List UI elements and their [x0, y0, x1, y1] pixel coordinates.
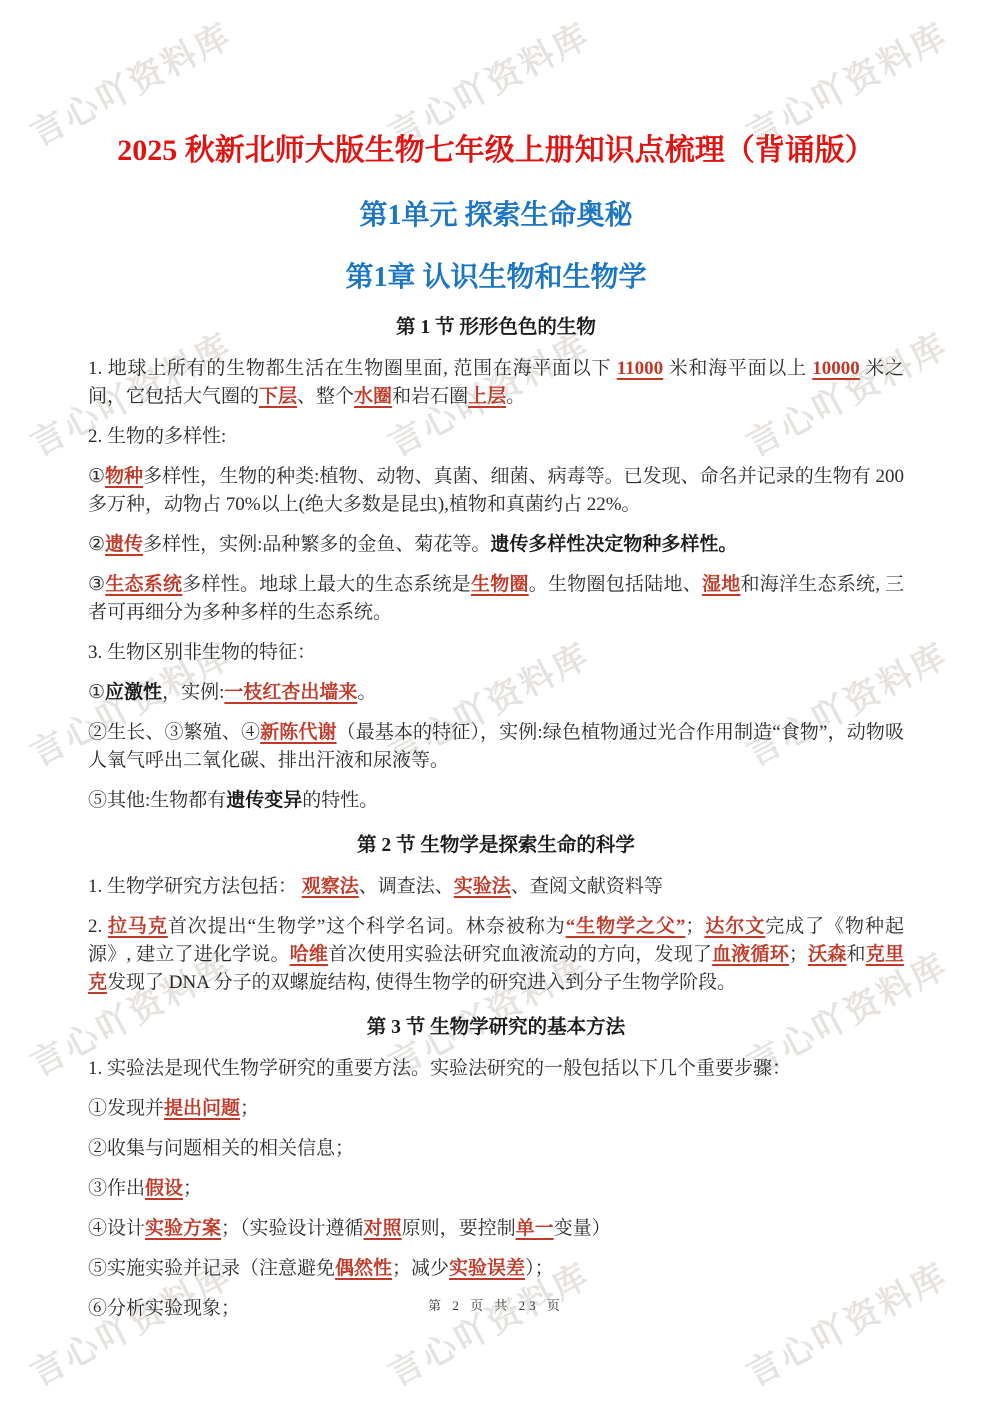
text-run: 。 [357, 682, 376, 703]
text-run: 3. 生物区别非生物的特征： [88, 642, 316, 663]
text-run: ① [88, 682, 105, 703]
paragraph: ④设计实验方案；（实验设计遵循对照原则，要控制单一变量） [88, 1215, 904, 1243]
key-term: 一枝红杏出墙来 [224, 682, 357, 703]
text-run: 1. 实验法是现代生物学研究的重要方法。实验法研究的一般包括以下几个重要步骤： [88, 1058, 791, 1079]
text-run: 变量） [554, 1218, 611, 1239]
text-run: 1. 地球上所有的生物都生活在生物圈里面, 范围在海平面以下 [88, 358, 617, 379]
text-run: 、整个 [297, 386, 354, 407]
paragraph: ③作出假设； [88, 1175, 904, 1203]
text-run: ② [88, 534, 105, 555]
unit-heading: 第1单元 探索生命奥秘 [88, 199, 904, 233]
paragraph: ①物种多样性，生物的种类:植物、动物、真菌、细菌、病毒等。已发现、命名并记录的生… [88, 463, 904, 519]
text-run: 的特性。 [302, 790, 378, 811]
key-term: 湿地 [702, 574, 741, 595]
key-term: 生态系统 [105, 574, 182, 595]
paragraph: ⑤其他:生物都有遗传变异的特性。 [88, 787, 904, 815]
section-heading: 第 2 节 生物学是探索生命的科学 [88, 833, 904, 859]
key-term: 假设 [145, 1178, 183, 1199]
key-term: 遗传 [105, 534, 143, 555]
text-run: ⑤其他:生物都有 [88, 790, 226, 811]
text-run: 多样性。地球上最大的生态系统是 [182, 574, 471, 595]
paragraph: 2. 拉马克首次提出“生物学”这个科学名词。林奈被称为“生物学之父”；达尔文完成… [88, 913, 904, 997]
text-run: 。 [506, 386, 525, 407]
text-run: ①发现并 [88, 1098, 164, 1119]
text-run: ； [685, 916, 704, 937]
document-title: 2025 秋新北师大版生物七年级上册知识点梳理（背诵版） [88, 133, 904, 169]
key-term: 下层 [259, 386, 297, 407]
text-run: ②收集与问题相关的相关信息； [88, 1138, 354, 1159]
paragraph: ②收集与问题相关的相关信息； [88, 1135, 904, 1163]
text-run: ③作出 [88, 1178, 145, 1199]
key-term: 11000 [617, 358, 663, 379]
key-term: 物种 [105, 466, 143, 487]
paragraph: 1. 实验法是现代生物学研究的重要方法。实验法研究的一般包括以下几个重要步骤： [88, 1055, 904, 1083]
key-term: 单一 [516, 1218, 554, 1239]
text-run: ； [183, 1178, 202, 1199]
paragraph: ②遗传多样性，实例:品种繁多的金鱼、菊花等。遗传多样性决定物种多样性。 [88, 531, 904, 559]
key-term: 实验误差 [449, 1258, 525, 1279]
key-term: 观察法 [302, 876, 359, 897]
text-run: 和岩石圈 [392, 386, 468, 407]
text-run: 多样性，实例:品种繁多的金鱼、菊花等。 [143, 534, 490, 555]
key-term: 新陈代谢 [260, 722, 336, 743]
paragraph: ①应激性，实例:一枝红杏出墙来。 [88, 679, 904, 707]
text-run: 1. 生物学研究方法包括： [88, 876, 302, 897]
text-run: ；（实验设计遵循 [221, 1218, 364, 1239]
key-term: 达尔文 [704, 916, 765, 937]
text-run: 首次使用实验法研究血液流动的方向，发现了 [328, 944, 712, 965]
key-term: 拉马克 [108, 916, 168, 937]
emphasis-text: 应激性 [105, 682, 162, 703]
key-term: 沃森 [808, 944, 847, 965]
paragraph: ②生长、③繁殖、④新陈代谢（最基本的特征），实例:绿色植物通过光合作用制造“食物… [88, 719, 904, 775]
text-run: ⑤实施实验并记录（注意避免 [88, 1258, 335, 1279]
text-run: 多样性，生物的种类:植物、动物、真菌、细菌、病毒等。已发现、命名并记录的生物有 … [88, 466, 904, 515]
emphasis-text: 遗传多样性决定物种多样性。 [490, 534, 737, 555]
text-run: 2. 生物的多样性: [88, 426, 226, 447]
paragraph: 1. 地球上所有的生物都生活在生物圈里面, 范围在海平面以下 11000 米和海… [88, 355, 904, 411]
paragraph: 1. 生物学研究方法包括： 观察法、调查法、实验法、查阅文献资料等 [88, 873, 904, 901]
key-term: “生物学之父” [566, 916, 686, 937]
text-run: 、调查法、 [359, 876, 454, 897]
chapter-heading: 第1章 认识生物和生物学 [88, 261, 904, 295]
text-run: 首次提出“生物学”这个科学名词。林奈被称为 [168, 916, 566, 937]
text-run: ②生长、③繁殖、④ [88, 722, 260, 743]
key-term: 上层 [468, 386, 506, 407]
section-heading: 第 1 节 形形色色的生物 [88, 315, 904, 341]
text-run: ； [240, 1098, 259, 1119]
paragraph: ①发现并提出问题； [88, 1095, 904, 1123]
key-term: 哈维 [290, 944, 328, 965]
document-body: 第 1 节 形形色色的生物1. 地球上所有的生物都生活在生物圈里面, 范围在海平… [88, 315, 904, 1323]
key-term: 偶然性 [335, 1258, 392, 1279]
text-run: 发现了 DNA 分子的双螺旋结构, 使得生物学的研究进入到分子生物学阶段。 [107, 972, 736, 993]
text-run: 原则，要控制 [402, 1218, 516, 1239]
paragraph: 3. 生物区别非生物的特征： [88, 639, 904, 667]
paragraph: ③生态系统多样性。地球上最大的生态系统是生物圈。生物圈包括陆地、湿地和海洋生态系… [88, 571, 904, 627]
text-run: ③ [88, 574, 105, 595]
text-run: 、查阅文献资料等 [511, 876, 663, 897]
text-run: 和 [847, 944, 866, 965]
document-content: 2025 秋新北师大版生物七年级上册知识点梳理（背诵版） 第1单元 探索生命奥秘… [0, 0, 992, 1323]
page-number: 第 2 页 共 23 页 [0, 1295, 992, 1314]
text-run: ① [88, 466, 105, 487]
key-term: 实验法 [454, 876, 511, 897]
text-run: ）； [525, 1258, 554, 1279]
key-term: 实验方案 [145, 1218, 221, 1239]
key-term: 10000 [812, 358, 860, 379]
text-run: 2. [88, 916, 108, 937]
key-term: 对照 [364, 1218, 402, 1239]
paragraph: ⑤实施实验并记录（注意避免偶然性；减少实验误差）； [88, 1255, 904, 1283]
text-run: ④设计 [88, 1218, 145, 1239]
text-run: 。生物圈包括陆地、 [529, 574, 702, 595]
text-run: 米和海平面以上 [663, 358, 812, 379]
document-page: 言心吖资料库言心吖资料库言心吖资料库言心吖资料库言心吖资料库言心吖资料库言心吖资… [0, 0, 992, 1403]
key-term: 血液循环 [712, 944, 789, 965]
key-term: 水圈 [354, 386, 392, 407]
emphasis-text: 遗传变异 [226, 790, 302, 811]
section-heading: 第 3 节 生物学研究的基本方法 [88, 1015, 904, 1041]
text-run: ，实例: [162, 682, 224, 703]
key-term: 提出问题 [164, 1098, 240, 1119]
text-run: ；减少 [392, 1258, 449, 1279]
key-term: 生物圈 [471, 574, 529, 595]
text-run: ； [789, 944, 808, 965]
paragraph: 2. 生物的多样性: [88, 423, 904, 451]
